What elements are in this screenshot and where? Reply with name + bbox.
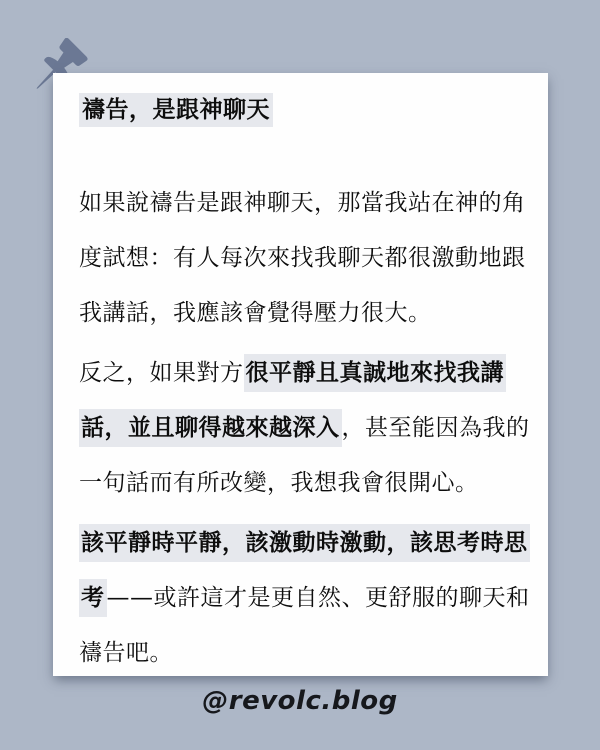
text-line: 一句話而有所改變，我想我會很開心。: [79, 456, 518, 511]
post-background: 禱告，是跟神聊天 如果說禱告是跟神聊天，那當我站在神的角度試想：有人每次來找我聊…: [0, 0, 600, 750]
account-handle: @revolc.blog: [0, 686, 600, 716]
text-line: 度試想：有人每次來找我聊天都很激動地跟: [79, 231, 518, 286]
highlighted-title-text: 禱告，是跟神聊天: [79, 93, 273, 127]
body-text: ——或許這才是更自然、更舒服的聊天和: [107, 585, 530, 611]
highlighted-text: 考: [79, 579, 107, 617]
highlighted-text: 話，並且聊得越來越深入: [79, 409, 342, 447]
text-line: 該平靜時平靜，該激動時激動，該思考時思: [79, 516, 518, 571]
body-text: 反之，如果對方: [79, 360, 244, 386]
card-body: 如果說禱告是跟神聊天，那當我站在神的角度試想：有人每次來找我聊天都很激動地跟我講…: [79, 176, 518, 676]
body-text: 如果說禱告是跟神聊天，那當我站在神的角: [79, 190, 526, 216]
text-line: 反之，如果對方很平靜且真誠地來找我講: [79, 346, 518, 401]
highlighted-text: 該平靜時平靜，該激動時激動，該思考時思: [79, 524, 530, 562]
text-line: 禱告吧。: [79, 626, 518, 676]
paragraph: 如果說禱告是跟神聊天，那當我站在神的角度試想：有人每次來找我聊天都很激動地跟我講…: [79, 176, 518, 341]
quote-card: 禱告，是跟神聊天 如果說禱告是跟神聊天，那當我站在神的角度試想：有人每次來找我聊…: [53, 73, 548, 676]
body-text: 一句話而有所改變，我想我會很開心。: [79, 470, 479, 496]
text-line: 我講話，我應該會覺得壓力很大。: [79, 286, 518, 341]
paragraph: 該平靜時平靜，該激動時激動，該思考時思考——或許這才是更自然、更舒服的聊天和禱告…: [79, 516, 518, 676]
card-title: 禱告，是跟神聊天: [79, 93, 518, 128]
highlighted-text: 很平靜且真誠地來找我講: [244, 354, 507, 392]
body-text: 度試想：有人每次來找我聊天都很激動地跟: [79, 245, 526, 271]
text-line: 如果說禱告是跟神聊天，那當我站在神的角: [79, 176, 518, 231]
text-line: 考——或許這才是更自然、更舒服的聊天和: [79, 571, 518, 626]
card-content: 禱告，是跟神聊天 如果說禱告是跟神聊天，那當我站在神的角度試想：有人每次來找我聊…: [53, 73, 548, 676]
body-text: 我講話，我應該會覺得壓力很大。: [79, 300, 432, 326]
body-text: ，甚至能因為我的: [342, 415, 530, 441]
text-line: 話，並且聊得越來越深入，甚至能因為我的: [79, 401, 518, 456]
body-text: 禱告吧。: [79, 640, 173, 666]
paragraph: 反之，如果對方很平靜且真誠地來找我講話，並且聊得越來越深入，甚至能因為我的一句話…: [79, 346, 518, 511]
